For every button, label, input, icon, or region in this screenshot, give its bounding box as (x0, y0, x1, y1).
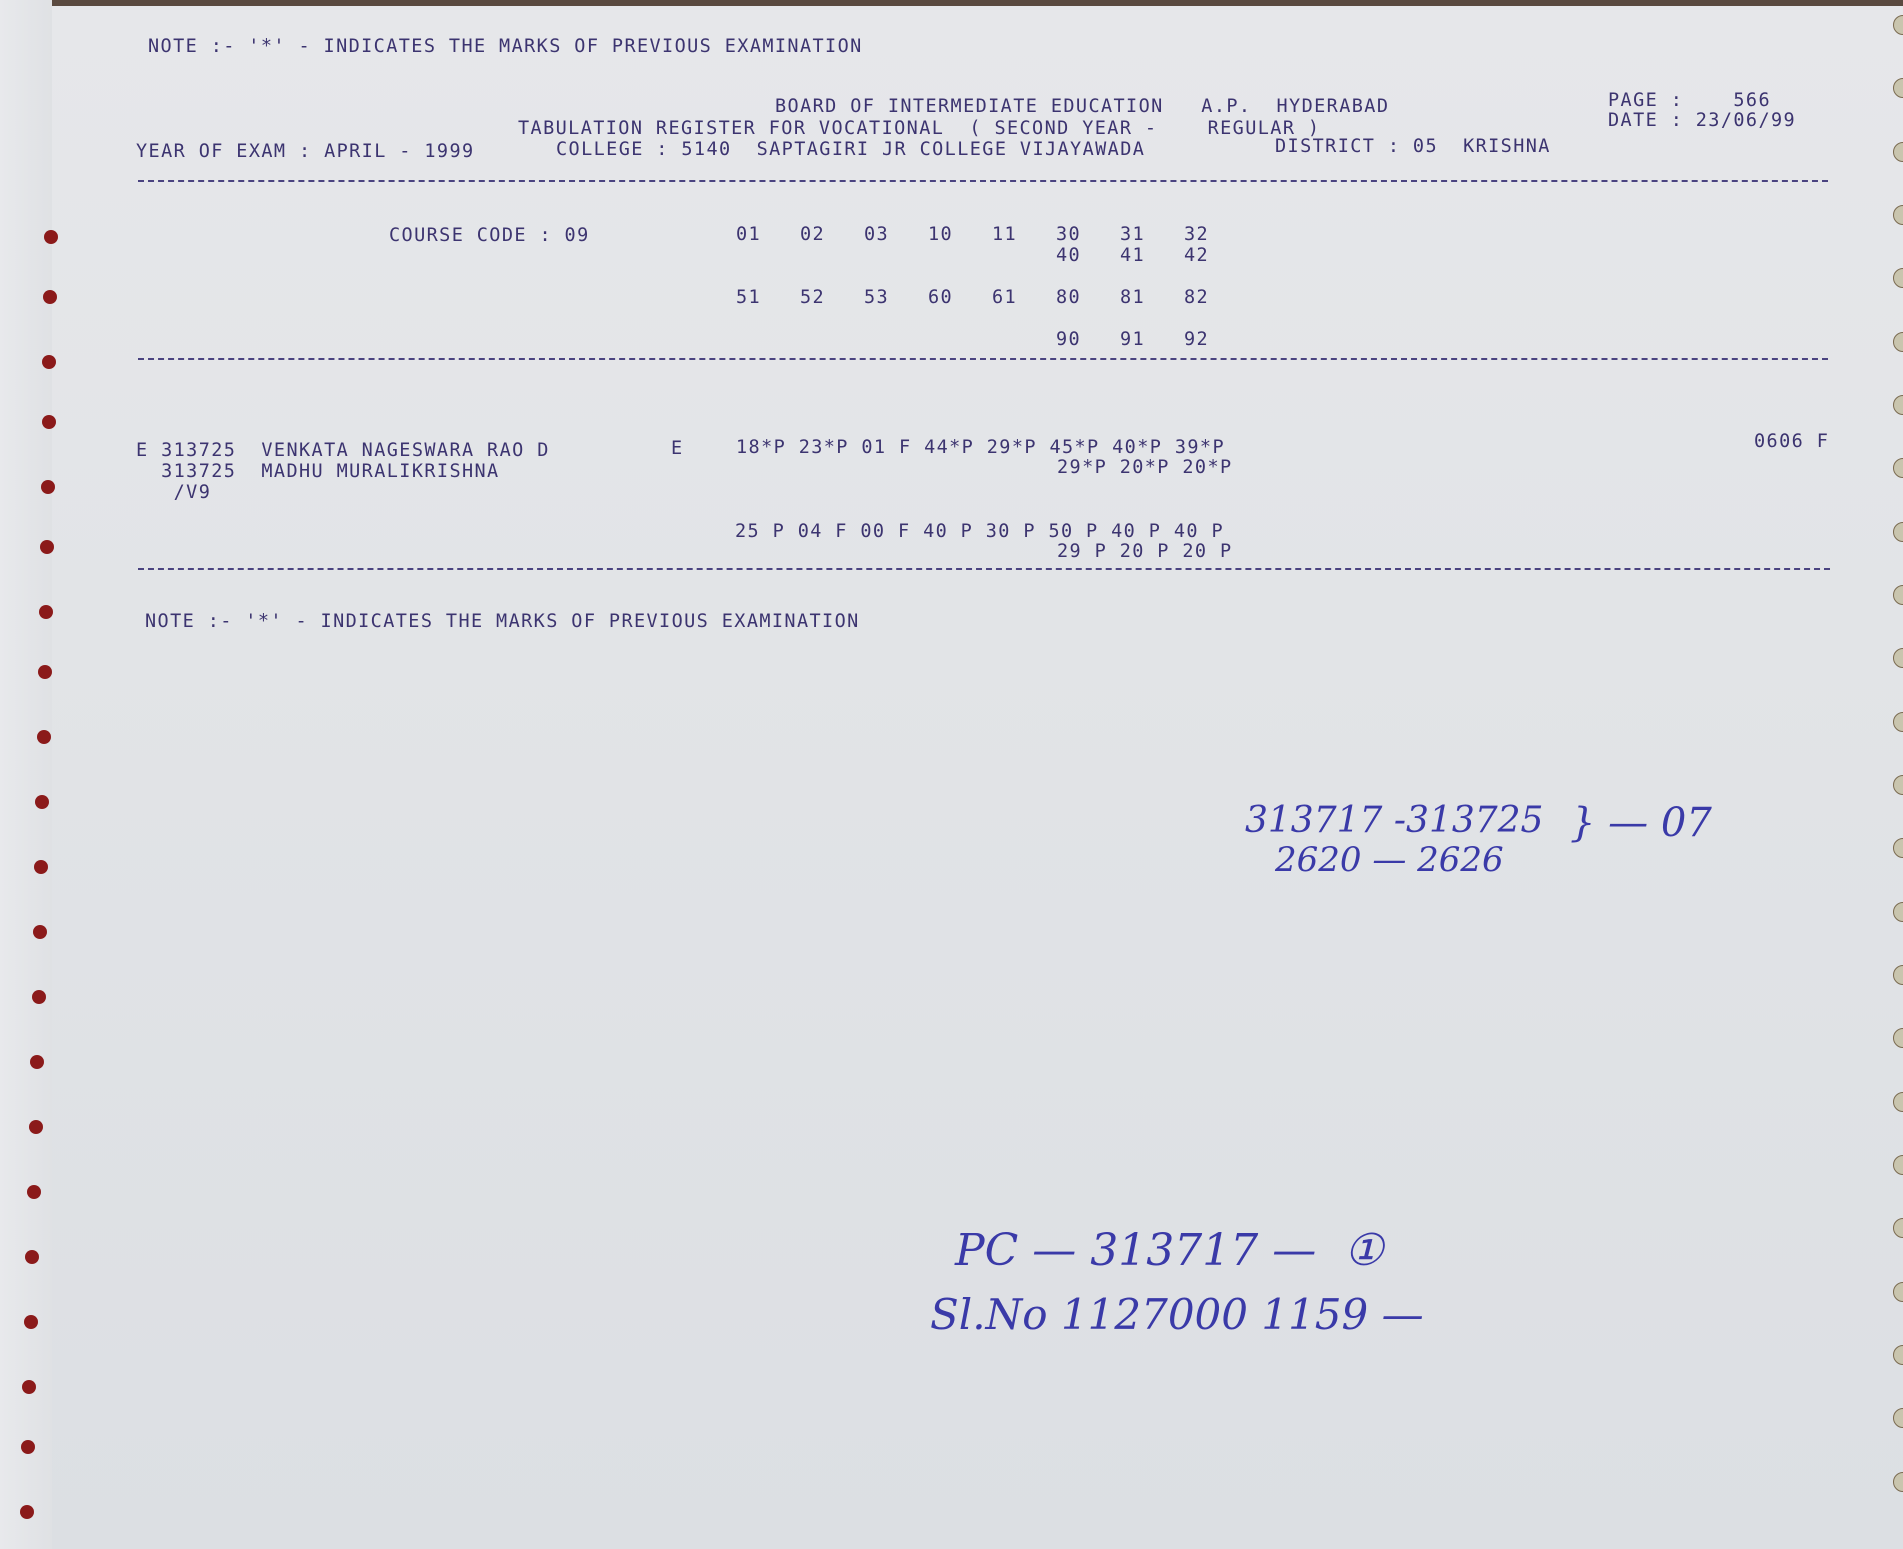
binding-hole (42, 415, 56, 429)
subject-code: 01 (736, 224, 761, 245)
binding-hole (40, 540, 54, 554)
handwritten-slno: Sl.No 1127000 1159 — (930, 1290, 1424, 1339)
binding-hole (44, 230, 58, 244)
binding-hole (39, 605, 53, 619)
subject-code: 92 (1184, 329, 1209, 350)
binding-hole (30, 1055, 44, 1069)
subject-code: 60 (928, 287, 953, 308)
binding-hole (32, 990, 46, 1004)
separator (138, 568, 1830, 570)
handwritten-count: } — 07 (1570, 800, 1712, 846)
handwritten-pc: PC — 313717 — ① (955, 1225, 1384, 1276)
binding-hole (20, 1505, 34, 1519)
page-top-edge (52, 0, 1903, 6)
subject-code: 52 (800, 287, 825, 308)
binding-hole (34, 860, 48, 874)
register-title: TABULATION REGISTER FOR VOCATIONAL ( SEC… (518, 118, 1320, 139)
subject-code: 80 (1056, 287, 1081, 308)
marks-row-2b: 29 P 20 P 20 P (1057, 541, 1233, 562)
student-line-3: /V9 (136, 482, 211, 503)
separator (138, 358, 1828, 360)
subject-code: 30 (1056, 224, 1081, 245)
course-code: COURSE CODE : 09 (389, 225, 590, 246)
subject-code: 91 (1120, 329, 1145, 350)
binding-hole (27, 1185, 41, 1199)
subject-code: 53 (864, 287, 889, 308)
subject-code: 11 (992, 224, 1017, 245)
marks-row-1: 18*P 23*P 01 F 44*P 29*P 45*P 40*P 39*P (736, 437, 1225, 458)
subject-code: 41 (1120, 245, 1145, 266)
medium: E (671, 438, 684, 459)
separator (138, 180, 1828, 182)
marks-row-1b: 29*P 20*P 20*P (1057, 457, 1233, 478)
handwritten-range-2: 2620 — 2626 (1275, 840, 1504, 880)
subject-code: 10 (928, 224, 953, 245)
page-number: PAGE : 566 (1608, 90, 1771, 111)
year-of-exam: YEAR OF EXAM : APRIL - 1999 (136, 141, 475, 162)
board-title: BOARD OF INTERMEDIATE EDUCATION A.P. HYD… (775, 96, 1389, 117)
binding-hole (43, 290, 57, 304)
subject-code: 03 (864, 224, 889, 245)
binding-hole (33, 925, 47, 939)
binding-hole (25, 1250, 39, 1264)
subject-code: 81 (1120, 287, 1145, 308)
binding-hole (41, 480, 55, 494)
student-line-2: 313725 MADHU MURALIKRISHNA (136, 461, 500, 482)
subject-code: 40 (1056, 245, 1081, 266)
handwritten-range-1: 313717 -313725 (1245, 800, 1543, 841)
binding-hole (21, 1440, 35, 1454)
binding-hole (22, 1380, 36, 1394)
subject-code: 51 (736, 287, 761, 308)
subject-code: 61 (992, 287, 1017, 308)
note-top: NOTE :- '*' - INDICATES THE MARKS OF PRE… (148, 36, 863, 57)
binding-hole (42, 355, 56, 369)
subject-code: 42 (1184, 245, 1209, 266)
district-info: DISTRICT : 05 KRISHNA (1275, 136, 1551, 157)
binding-hole (29, 1120, 43, 1134)
note-bottom: NOTE :- '*' - INDICATES THE MARKS OF PRE… (145, 611, 860, 632)
subject-code: 90 (1056, 329, 1081, 350)
binding-hole (37, 730, 51, 744)
student-line-1: E 313725 VENKATA NAGESWARA RAO D (136, 440, 550, 461)
marks-row-2: 25 P 04 F 00 F 40 P 30 P 50 P 40 P 40 P (735, 521, 1224, 542)
binding-hole (24, 1315, 38, 1329)
subject-code: 32 (1184, 224, 1209, 245)
subject-code: 02 (800, 224, 825, 245)
college-info: COLLEGE : 5140 SAPTAGIRI JR COLLEGE VIJA… (556, 139, 1145, 160)
print-date: DATE : 23/06/99 (1608, 110, 1796, 131)
subject-code: 82 (1184, 287, 1209, 308)
binding-hole (38, 665, 52, 679)
binding-hole (35, 795, 49, 809)
subject-code: 31 (1120, 224, 1145, 245)
total-result: 0606 F (1754, 431, 1829, 452)
